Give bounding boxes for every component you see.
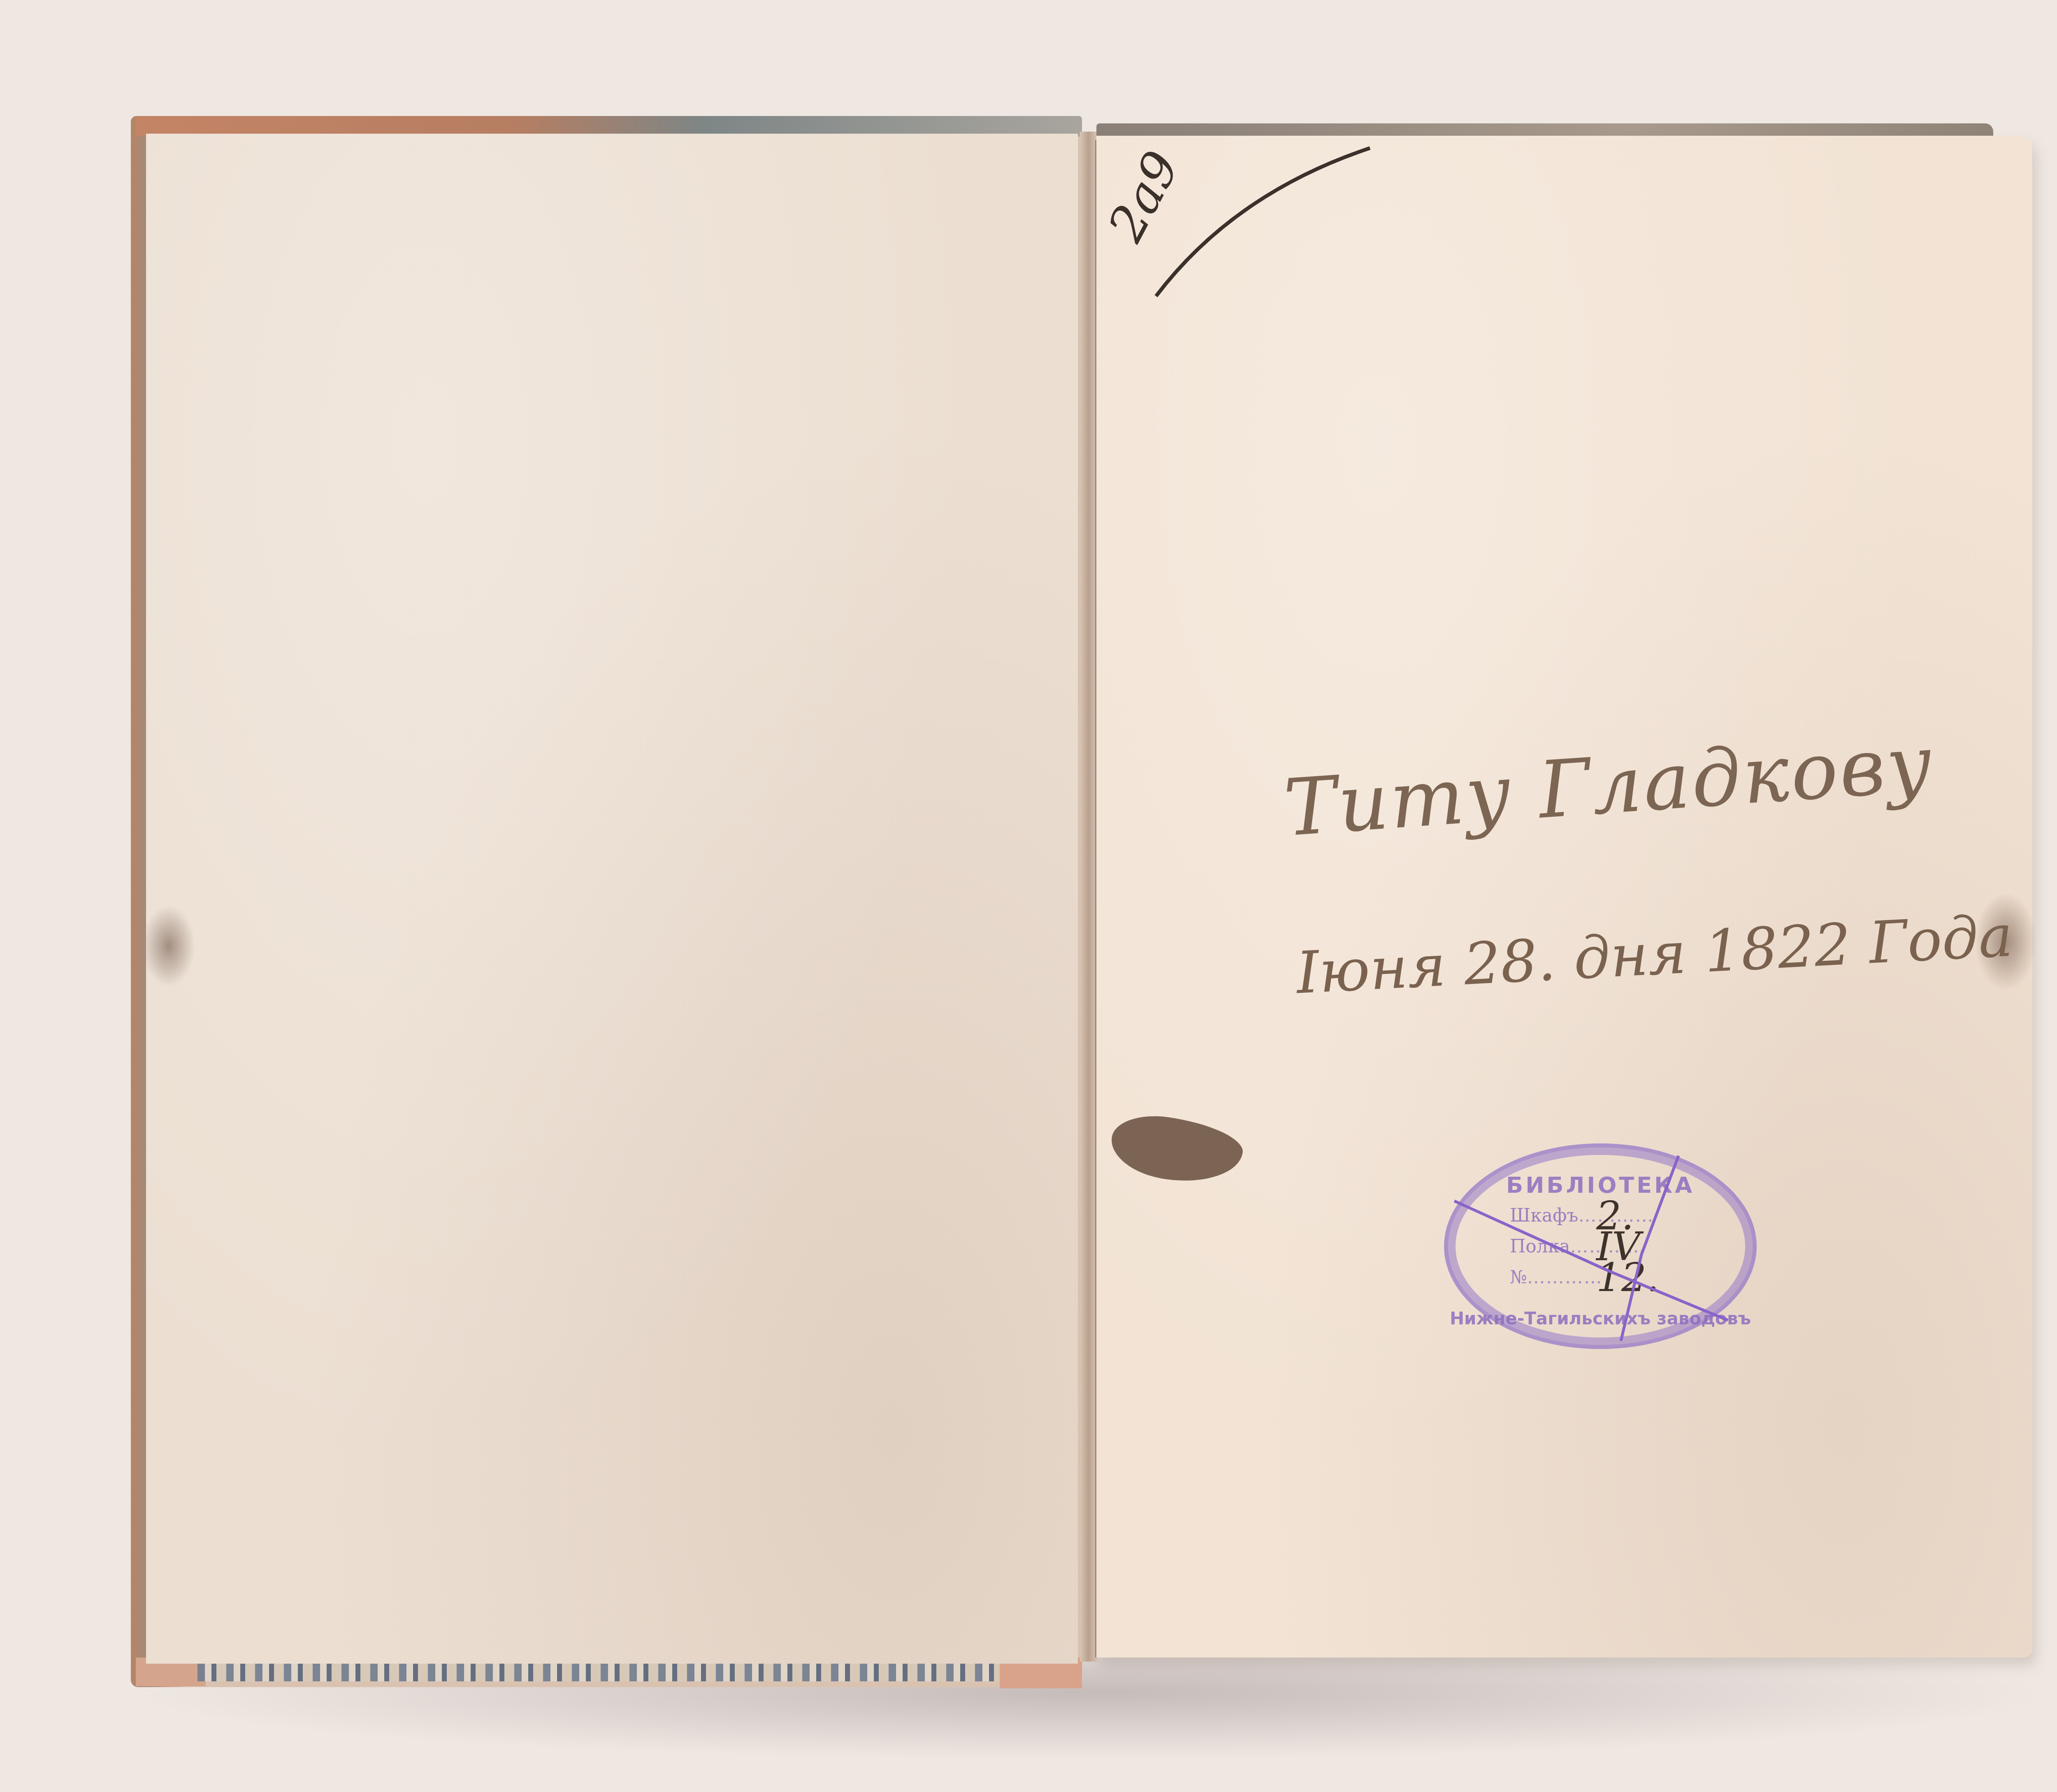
stamp-cancel-cross <box>1448 1148 1753 1345</box>
stain-left <box>142 905 195 987</box>
marbled-cover-edge <box>197 1662 1000 1681</box>
open-book: 2а9 Титу Гладкову Іюня 28. дня 1822 Года… <box>0 0 2057 1792</box>
left-page <box>146 134 1078 1664</box>
right-page <box>1096 136 2032 1658</box>
library-stamp: БИБЛІОТЕКА Шкафъ………… 2. Полка………… IV №……… <box>1444 1143 1757 1349</box>
shelf-mark-stroke <box>1152 140 1382 304</box>
